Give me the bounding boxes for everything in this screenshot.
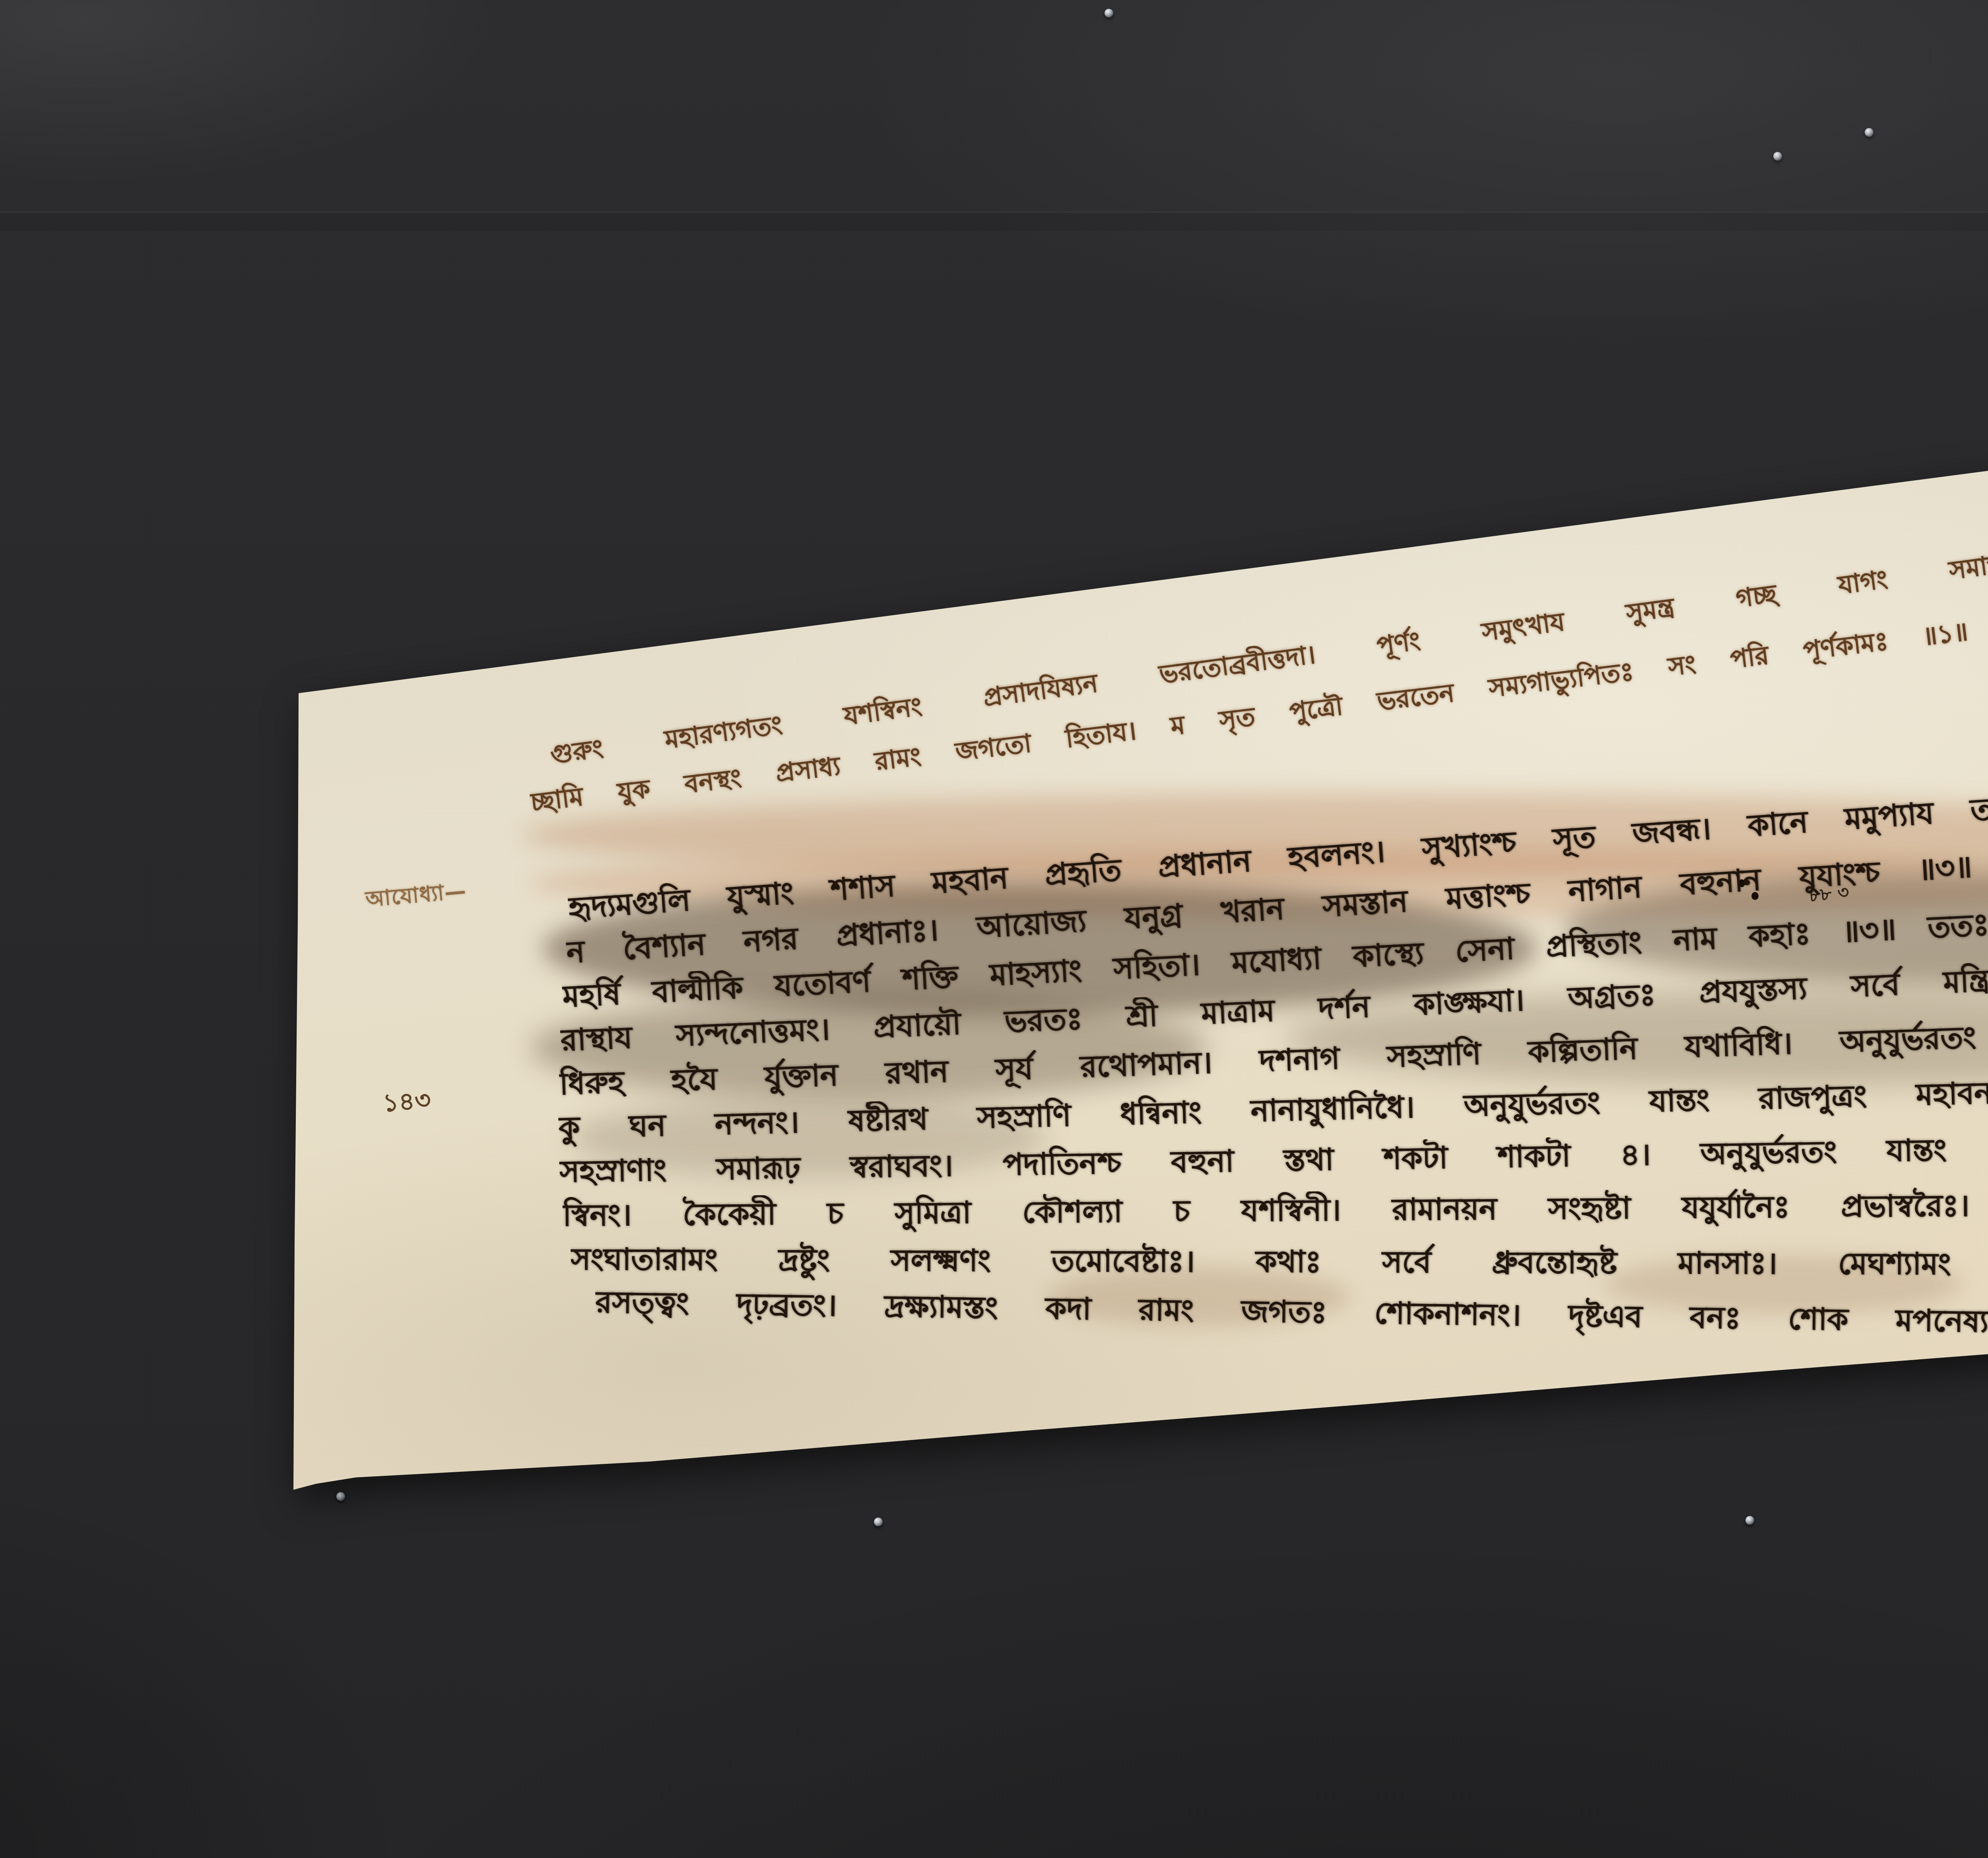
pin-icon [336,1492,345,1501]
pin-icon [1865,128,1873,137]
board-seam-shade [0,213,1988,231]
photo-background: গুরুং মহারণ্যগতং যশস্বিনং প্রসাদযিষ্যন ভ… [0,0,1988,1858]
pin-icon [1773,152,1782,161]
folio-number-left: ১৪৩ [381,1081,432,1125]
pin-icon [874,1518,883,1526]
margin-note-ayodhya: আযোধ্যা— [364,874,468,919]
body-line: রসত্ত্বং দৃঢ়ব্রতং। দ্রক্ষ্যামস্তং কদা র… [595,1283,1988,1347]
pin-icon [1105,9,1113,17]
manuscript-leaf: গুরুং মহারণ্যগতং যশস্বিনং প্রসাদযিষ্যন ভ… [292,404,1988,1491]
body-line: স্বিনং। কৈকেয়ী চ সুমিত্রা কৌশল্যা চ যশস… [563,1185,1988,1238]
board-seam [0,212,1988,213]
body-line: সংঘাতারামং দ্রষ্টুং সলক্ষ্মণং তমোবেষ্টাঃ… [571,1240,1988,1287]
pin-icon [1745,1516,1754,1525]
